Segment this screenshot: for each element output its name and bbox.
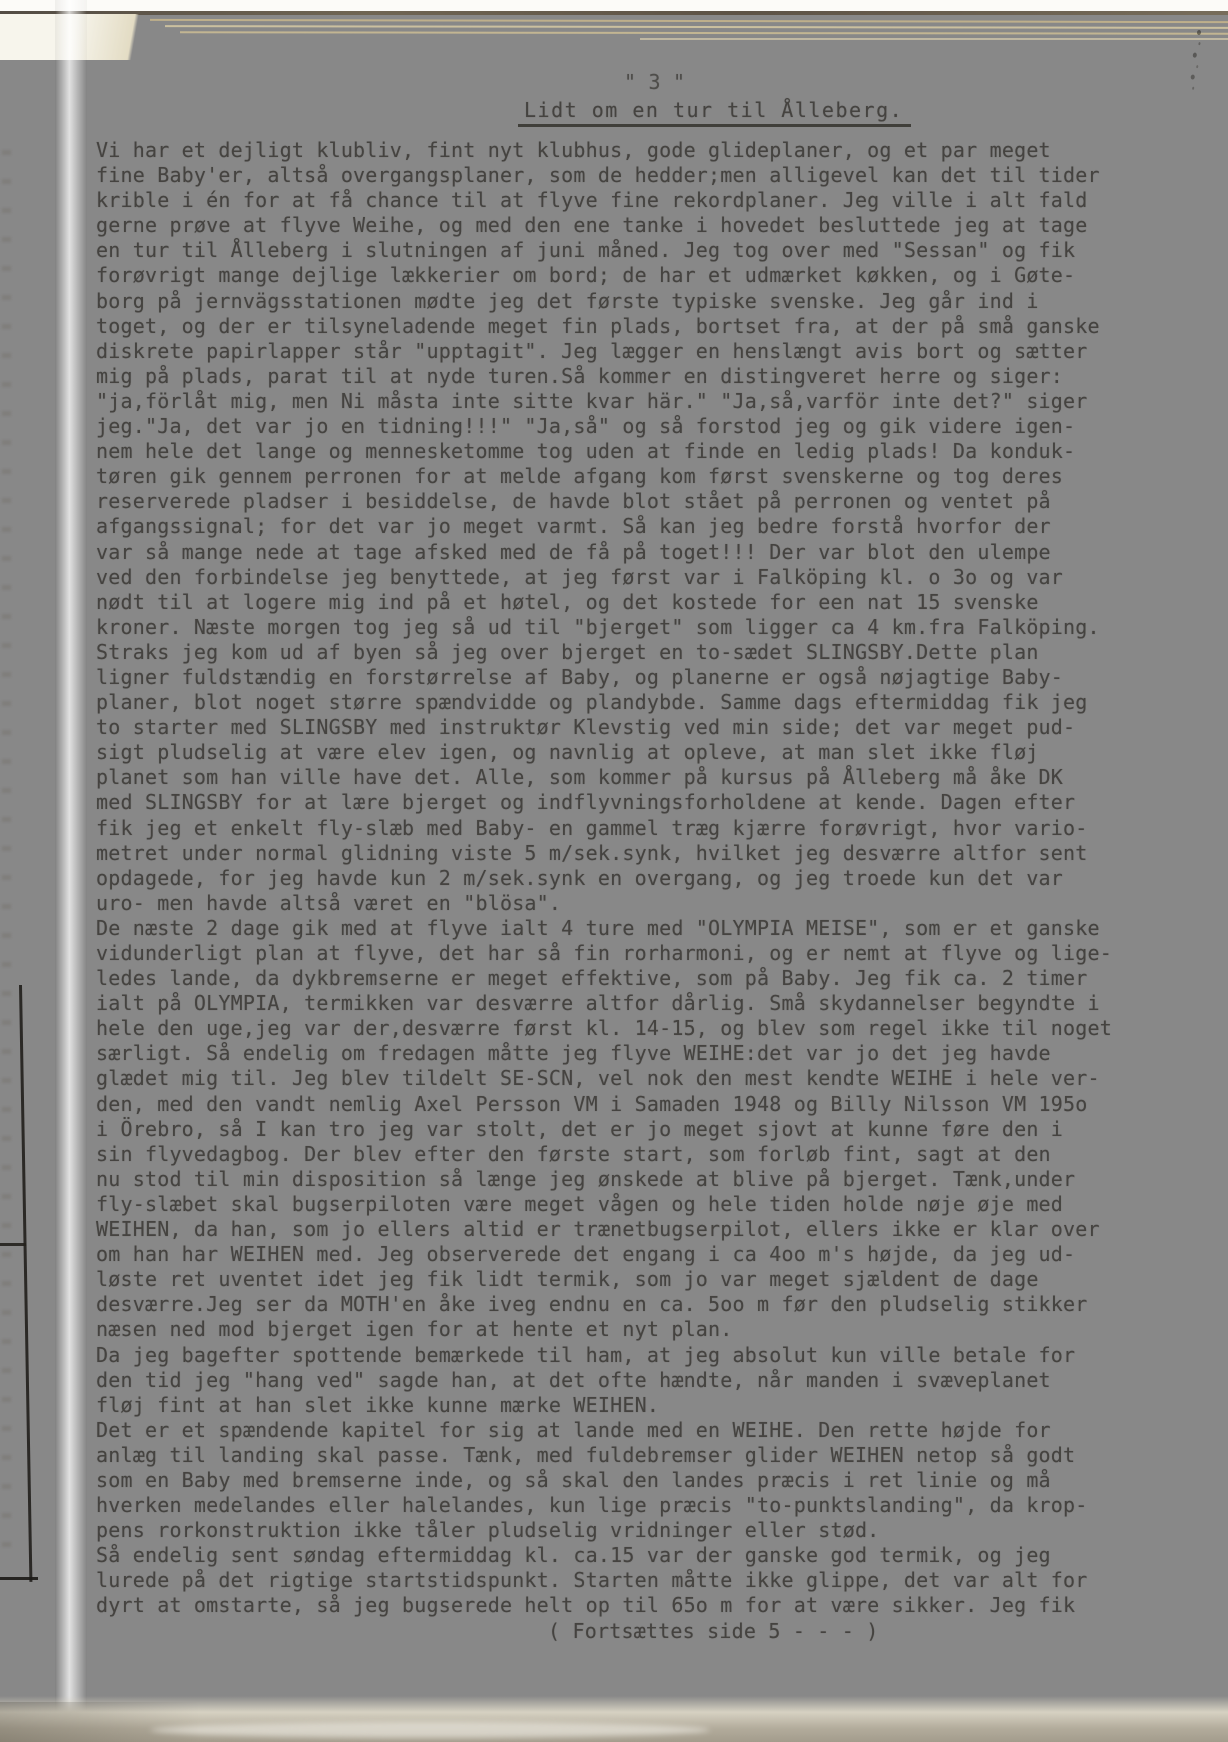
body-line: nem hele det lange og mennesketomme tog … (96, 439, 1208, 464)
body-line: afgangssignal; for det var jo meget varm… (96, 514, 1208, 539)
body-line: diskrete papirlapper står "upptagit". Je… (96, 339, 1208, 364)
body-line: hele den uge,jeg var der,desværre først … (96, 1016, 1208, 1041)
body-line: med SLINGSBY for at lære bjerget og indf… (96, 790, 1208, 815)
body-line: planer, blot noget større spændvidde og … (96, 690, 1208, 715)
body-line: om han har WEIHEN med. Jeg observerede d… (96, 1242, 1208, 1267)
body-line: løste ret uventet idet jeg fik lidt term… (96, 1267, 1208, 1292)
body-line: ialt på OLYMPIA, termikken var desværre … (96, 991, 1208, 1016)
body-line: uro- men havde altså været en "blösa". (96, 891, 1208, 916)
body-line: fik jeg et enkelt fly-slæb med Baby- en … (96, 816, 1208, 841)
page-fold-shadow (0, 1696, 1228, 1742)
body-line: planet som han ville have det. Alle, som… (96, 765, 1208, 790)
body-line: Da jeg bagefter spottende bemærkede til … (96, 1343, 1208, 1368)
body-line: tøren gik gennem perronen for at melde a… (96, 464, 1208, 489)
body-line: lurede på det rigtige startstidspunkt. S… (96, 1568, 1208, 1593)
body-line: De næste 2 dage gik med at flyve ialt 4 … (96, 916, 1208, 941)
body-line: Det er et spændende kapitel for sig at l… (96, 1418, 1208, 1443)
body-line: næsen ned mod bjerget igen for at hente … (96, 1317, 1208, 1342)
body-line: nu stod til min disposition så længe jeg… (96, 1167, 1208, 1192)
body-line: opdagede, for jeg havde kun 2 m/sek.synk… (96, 866, 1208, 891)
body-line: nødt til at logere mig ind på et høtel, … (96, 590, 1208, 615)
page-fold-corner-shadow (0, 1702, 200, 1742)
body-line: fly-slæbet skal bugserpiloten være meget… (96, 1192, 1208, 1217)
body-line: Vi har et dejligt klubliv, fint nyt klub… (96, 138, 1208, 163)
body-line: forøvrigt mange dejlige lækkerier om bor… (96, 263, 1208, 288)
body-line: mig på plads, parat til at nyde turen.Så… (96, 364, 1208, 389)
scanned-document-page: " 3 " Lidt om en tur til Ålleberg. Vi ha… (0, 0, 1228, 1742)
body-text: Vi har et dejligt klubliv, fint nyt klub… (96, 138, 1208, 1619)
page-fold-highlight (150, 1722, 710, 1738)
body-line: Straks jeg kom ud af byen så jeg over bj… (96, 640, 1208, 665)
body-line: desværre.Jeg ser da MOTH'en åke iveg end… (96, 1292, 1208, 1317)
body-line: dyrt at omstarte, så jeg bugserede helt … (96, 1593, 1208, 1618)
body-line: som en Baby med bremserne inde, og så sk… (96, 1468, 1208, 1493)
body-line: pens rorkonstruktion ikke tåler pludseli… (96, 1518, 1208, 1543)
body-line: var så mange nede at tage afsked med de … (96, 540, 1208, 565)
body-line: anlæg til landing skal passe. Tænk, med … (96, 1443, 1208, 1468)
body-line: to starter med SLINGSBY med instruktør K… (96, 715, 1208, 740)
typewritten-text: " 3 " Lidt om en tur til Ålleberg. Vi ha… (0, 0, 1228, 1742)
page-number-line: " 3 " (96, 70, 1208, 95)
body-line: den, med den vandt nemlig Axel Persson V… (96, 1092, 1208, 1117)
body-line: fine Baby'er, altså overgangsplaner, som… (96, 163, 1208, 188)
body-line: den tid jeg "hang ved" sagde han, at det… (96, 1368, 1208, 1393)
body-line: vidunderligt plan at flyve, det har så f… (96, 941, 1208, 966)
body-line: metret under normal glidning viste 5 m/s… (96, 841, 1208, 866)
body-line: en tur til Ålleberg i slutningen af juni… (96, 238, 1208, 263)
body-line: særligt. Så endelig om fredagen måtte je… (96, 1041, 1208, 1066)
body-line: hverken medelandes eller halelandes, kun… (96, 1493, 1208, 1518)
body-line: i Örebro, så I kan tro jeg var stolt, de… (96, 1117, 1208, 1142)
page-number: " 3 " (624, 70, 685, 95)
body-line: ledes lande, da dykbremserne er meget ef… (96, 966, 1208, 991)
body-line: fløj fint at han slet ikke kunne mærke W… (96, 1393, 1208, 1418)
body-line: glædet mig til. Jeg blev tildelt SE-SCN,… (96, 1066, 1208, 1091)
body-line: jeg."Ja, det var jo en tidning!!!" "Ja,s… (96, 414, 1208, 439)
body-line: sigt pludselig at være elev igen, og nav… (96, 740, 1208, 765)
body-line: "ja,förlåt mig, men Ni måsta inte sitte … (96, 389, 1208, 414)
body-line: toget, og der er tilsyneladende meget fi… (96, 314, 1208, 339)
body-line: ligner fuldstændig en forstørrelse af Ba… (96, 665, 1208, 690)
body-line: gerne prøve at flyve Weihe, og med den e… (96, 213, 1208, 238)
body-line: krible i én for at få chance til at flyv… (96, 188, 1208, 213)
body-line: borg på jernvägsstationen mødte jeg det … (96, 289, 1208, 314)
body-line: kroner. Næste morgen tog jeg så ud til "… (96, 615, 1208, 640)
body-line: Så endelig sent søndag eftermiddag kl. c… (96, 1543, 1208, 1568)
title-line: Lidt om en tur til Ålleberg. (96, 98, 1208, 131)
body-line: reserverede pladser i besiddelse, de hav… (96, 489, 1208, 514)
page-title: Lidt om en tur til Ålleberg. (518, 98, 911, 127)
body-line: ved den forbindelse jeg benyttede, at je… (96, 565, 1208, 590)
body-line: sin flyvedagbog. Der blev efter den førs… (96, 1142, 1208, 1167)
body-line: WEIHEN, da han, som jo ellers altid er t… (96, 1217, 1208, 1242)
continuation-note: ( Fortsættes side 5 - - - ) (548, 1619, 1208, 1644)
